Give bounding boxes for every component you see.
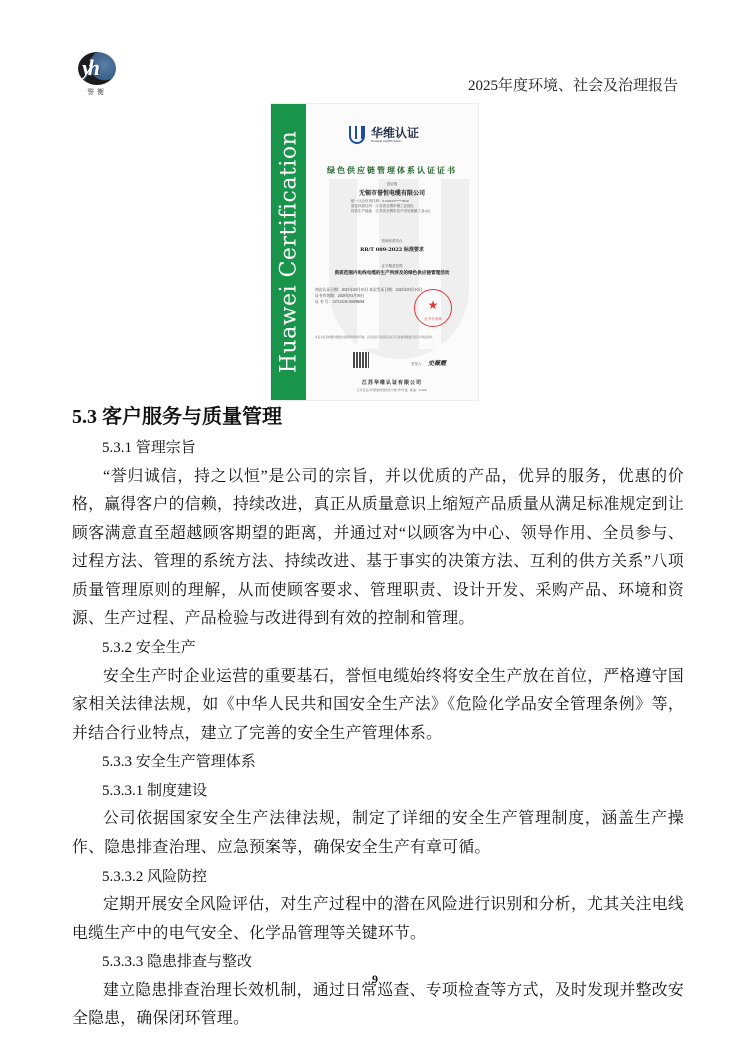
- section-content: 5.3 客户服务与质量管理 5.3.1 管理宗旨 “誉归诚信，持之以恒”是公司的…: [72, 400, 684, 1034]
- subsection-heading: 5.3.3.1 制度建设: [72, 777, 684, 806]
- logo-mark: yh: [82, 55, 96, 81]
- certificate-fine-print: 本证书在有效期内须通过监督审核保持有效，证书信息可在国家认证认可监督管理委员会官…: [315, 336, 465, 339]
- certificate-title: 绿色供应链管理体系认证证书: [306, 165, 478, 176]
- seal-star-icon: ★: [415, 293, 451, 317]
- certificate-band-text: Huawei Certification: [276, 131, 301, 374]
- paragraph: 公司依据国家安全生产法律法规，制定了详细的安全生产管理制度，涵盖生产操作、隐患排…: [72, 805, 684, 862]
- huawei-shield-icon: [349, 126, 365, 144]
- paragraph: 安全生产时企业运营的重要基石，誉恒电缆始终将安全生产放在首位，严格遵守国家相关法…: [72, 663, 684, 749]
- certificate-date-line: 证书有效期：2028年03月09日: [315, 294, 478, 299]
- certificate-issuer: 江苏华维认证有限公司: [306, 379, 478, 386]
- certificate-brand-name: 华维认证: [371, 127, 419, 139]
- certificate-signer: 签发人：史薇霞: [411, 358, 478, 367]
- certificate-side-band: Huawei Certification: [271, 104, 306, 400]
- report-header-title: 2025年度环境、社会及治理报告: [468, 74, 678, 95]
- certificate-standard: RB/T 089-2022 标准要求: [306, 246, 478, 253]
- section-heading: 5.3 客户服务与质量管理: [72, 400, 684, 434]
- subsection-heading: 5.3.3.2 风险防控: [72, 863, 684, 892]
- certificate-label-certified: 兹证明: [306, 182, 478, 187]
- subsection-heading: 5.3.2 安全生产: [72, 634, 684, 663]
- certificate-info-line: 经营生产地址：江苏省无锡市宜兴市官林镇工业A区: [351, 209, 478, 214]
- paragraph: “誉归诚信，持之以恒”是公司的宗旨，并以优质的产品，优异的服务，优惠的价格，赢得…: [72, 463, 684, 635]
- subsection-heading: 5.3.3 安全生产管理体系: [72, 748, 684, 777]
- certificate-address: 江苏省宜兴市新街街道西氿大道1号5号楼，邮编：214200: [306, 388, 478, 392]
- signer-name: 史薇霞: [428, 360, 446, 367]
- certificate-label-standard: 管理体系符合: [306, 239, 478, 244]
- certificate-date-line: 初次认证日期：2025年03月10日 本次发证日期：2025年03月10日: [315, 288, 478, 293]
- certificate-label-scope: 证书覆盖范围: [306, 264, 478, 269]
- paragraph: 定期开展安全风险评估，对生产过程中的潜在风险进行识别和分析，尤其关注电线电缆生产…: [72, 891, 684, 948]
- logo-caption: 誉衡: [72, 87, 122, 97]
- logo-emblem-icon: yh: [78, 52, 116, 85]
- seal-text: 证书专用章: [415, 317, 451, 322]
- signer-label: 签发人：: [411, 362, 425, 366]
- certificate-image: Huawei Certification 华维认证 Huawei Certifi…: [271, 104, 478, 400]
- qr-code-icon: [353, 352, 369, 368]
- certificate-date-line: 证 书 号：13712GSC0009R0M: [315, 300, 478, 305]
- certificate-seal: ★ 证书专用章: [414, 289, 452, 327]
- company-logo: yh 誉衡: [72, 48, 122, 100]
- certificate-brand: 华维认证 Huawei Certification: [349, 126, 419, 144]
- certificate-company: 无锡市誉恒电缆有限公司: [306, 188, 478, 197]
- subsection-heading: 5.3.1 管理宗旨: [72, 434, 684, 463]
- page-number: 9: [0, 972, 750, 987]
- certificate-scope: 资质范围内电线电缆的生产所涉及的绿色供应链管理活动: [306, 270, 478, 276]
